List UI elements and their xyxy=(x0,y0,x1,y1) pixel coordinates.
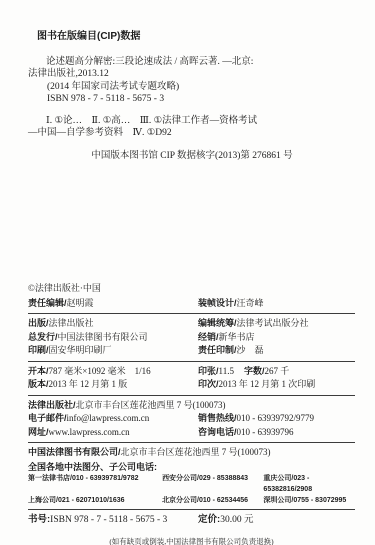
cip-registry-number: 中国版本图书馆 CIP 数据核字(2013)第 276861 号 xyxy=(35,150,349,163)
edition-value: 2013 年 12 月第 1 版 xyxy=(49,379,128,389)
word-count-value: 267 千 xyxy=(264,366,289,376)
distributor-address-label: 中国法律图书有限公司/ xyxy=(28,447,121,457)
publisher-value: 法律出版社 xyxy=(49,318,94,328)
edition-row: 版本/2013 年 12 月第 1 版 印次/2013 年 12 月第 1 次印… xyxy=(28,378,355,392)
divider xyxy=(28,442,355,443)
book-number-label: 书号: xyxy=(28,514,50,525)
cip-section: 图书在版编目(CIP)数据 论述题高分解密:三段论速成法 / 高晖云著. —北京… xyxy=(0,0,375,162)
branch-phone-row: 上海公司/021 - 62071010/1636 北京分公司/010 - 625… xyxy=(28,495,355,506)
print-sheets-wordcount: 印张/11.5字数/267 千 xyxy=(198,365,355,379)
publisher: 出版/法律出版社 xyxy=(28,317,198,331)
distribution-row: 总发行/中国法律图书有限公司 经销/新华书店 xyxy=(28,331,355,345)
printer: 印刷/固安华明印刷厂 xyxy=(28,344,198,358)
responsible-editor-value: 赵明霞 xyxy=(67,298,94,308)
branch-phone: 深圳公司/0755 - 83072995 xyxy=(263,495,355,506)
printing-row: 印刷/固安华明印刷厂 责任印制/沙 磊 xyxy=(28,344,355,358)
website: 网址/www.lawpress.com.cn xyxy=(28,426,198,440)
publisher-address-label: 法律出版社/ xyxy=(28,400,76,410)
cip-isbn: ISBN 978 - 7 - 5118 - 5675 - 3 xyxy=(35,93,349,106)
cip-classification-line-1: Ⅰ. ①论… Ⅱ. ①高… Ⅲ. ①法律工作者—资格考试 xyxy=(28,115,349,128)
branch-phone: 上海公司/021 - 62071010/1636 xyxy=(28,495,162,506)
sales-hotline-value: 010 - 63939792/9779 xyxy=(237,413,315,423)
book-format-label: 开本/ xyxy=(28,366,49,376)
isbn-price-row: 书号:ISBN 978 - 7 - 5118 - 5675 - 3 定价:30.… xyxy=(28,513,355,528)
website-value: www.lawpress.com.cn xyxy=(49,427,130,437)
cip-series-note: (2014 年国家司法考试专题攻略) xyxy=(35,81,349,94)
price-label: 定价: xyxy=(198,514,220,525)
copyright-line: ©法律出版社·中国 xyxy=(28,282,355,296)
word-count-label: 字数/ xyxy=(244,366,265,376)
edition: 版本/2013 年 12 月第 1 版 xyxy=(28,378,198,392)
book-number: 书号:ISBN 978 - 7 - 5118 - 5675 - 3 xyxy=(28,513,198,528)
printer-label: 印刷/ xyxy=(28,345,49,355)
book-number-value: ISBN 978 - 7 - 5118 - 5675 - 3 xyxy=(50,515,167,525)
website-inquiry-row: 网址/www.lawpress.com.cn 咨询电话/010 - 639397… xyxy=(28,426,355,440)
inquiry-phone: 咨询电话/010 - 63939796 xyxy=(198,426,355,440)
email: 电子邮件/info@lawpress.com.cn xyxy=(28,412,198,426)
book-format: 开本/787 毫米×1092 毫米 1/16 xyxy=(28,365,198,379)
print-run: 印次/2013 年 12 月第 1 次印刷 xyxy=(198,378,355,392)
format-row: 开本/787 毫米×1092 毫米 1/16 印张/11.5字数/267 千 xyxy=(28,365,355,379)
seller-label: 经销/ xyxy=(198,332,219,342)
price: 定价:30.00 元 xyxy=(198,513,355,528)
branch-phone: 西安分公司/029 - 85388843 xyxy=(162,473,263,495)
print-supervisor: 责任印制/沙 磊 xyxy=(198,344,355,358)
email-value: info@lawpress.com.cn xyxy=(67,413,150,423)
sales-hotline-label: 销售热线/ xyxy=(198,413,237,423)
email-hotline-row: 电子邮件/info@lawpress.com.cn 销售热线/010 - 639… xyxy=(28,412,355,426)
print-supervisor-value: 沙 磊 xyxy=(237,345,264,355)
divider xyxy=(28,361,355,362)
branch-phone: 重庆公司/023 - 65382816/2908 xyxy=(263,473,355,495)
general-distributor-value: 中国法律图书有限公司 xyxy=(58,332,148,342)
sales-hotline: 销售热线/010 - 63939792/9779 xyxy=(198,412,355,426)
divider xyxy=(28,313,355,314)
cover-design: 装帧设计/汪奇峰 xyxy=(198,297,355,311)
responsible-editor: 责任编辑/赵明霞 xyxy=(28,297,198,311)
seller: 经销/新华书店 xyxy=(198,331,355,345)
print-run-value: 2013 年 12 月第 1 次印刷 xyxy=(219,379,316,389)
book-format-value: 787 毫米×1092 毫米 1/16 xyxy=(49,366,151,376)
responsible-editor-label: 责任编辑/ xyxy=(28,298,67,308)
staff-row: 责任编辑/赵明霞 装帧设计/汪奇峰 xyxy=(28,297,355,311)
cip-classification-line-2: —中国—自学参考资料 Ⅳ. ①D92 xyxy=(28,127,349,140)
print-sheets-label: 印张/ xyxy=(198,366,219,376)
print-supervisor-label: 责任印制/ xyxy=(198,345,237,355)
cip-title-line-2: 法律出版社,2013.12 xyxy=(28,68,349,81)
divider xyxy=(28,395,355,396)
cover-design-label: 装帧设计/ xyxy=(198,298,237,308)
distributor-address-value: 北京市丰台区莲花池西里 7 号(100073) xyxy=(121,447,271,457)
publisher-row: 出版/法律出版社 编辑统筹/法律考试出版分社 xyxy=(28,317,355,331)
return-policy-note: (如有缺页或倒装,中国法律图书有限公司负责退换) xyxy=(28,535,355,545)
colophon-section: ©法律出版社·中国 责任编辑/赵明霞 装帧设计/汪奇峰 出版/法律出版社 编辑统… xyxy=(28,282,355,545)
email-label: 电子邮件/ xyxy=(28,413,67,423)
edition-label: 版本/ xyxy=(28,379,49,389)
inquiry-phone-label: 咨询电话/ xyxy=(198,427,237,437)
price-value: 30.00 元 xyxy=(220,515,253,525)
general-distributor: 总发行/中国法律图书有限公司 xyxy=(28,331,198,345)
inquiry-phone-value: 010 - 63939796 xyxy=(237,427,294,437)
website-label: 网址/ xyxy=(28,427,49,437)
distributor-address: 中国法律图书有限公司/北京市丰台区莲花池西里 7 号(100073) xyxy=(28,446,355,460)
printer-value: 固安华明印刷厂 xyxy=(49,345,112,355)
publisher-label: 出版/ xyxy=(28,318,49,328)
editorial-coordination-label: 编辑统筹/ xyxy=(198,318,237,328)
divider xyxy=(28,509,355,510)
editorial-coordination: 编辑统筹/法律考试出版分社 xyxy=(198,317,355,331)
cover-design-value: 汪奇峰 xyxy=(237,298,264,308)
print-sheets-value: 11.5 xyxy=(219,366,234,376)
seller-value: 新华书店 xyxy=(219,332,255,342)
book-copyright-page: 图书在版编目(CIP)数据 论述题高分解密:三段论速成法 / 高晖云著. —北京… xyxy=(0,0,375,545)
branch-phones-header: 全国各地中法图分、子公司电话: xyxy=(28,461,355,473)
cip-header: 图书在版编目(CIP)数据 xyxy=(37,31,349,44)
publisher-address: 法律出版社/北京市丰台区莲花池西里 7 号(100073) xyxy=(28,399,355,413)
branch-phone: 北京分公司/010 - 62534456 xyxy=(162,495,263,506)
branch-phone: 第一法律书店/010 - 63939781/9782 xyxy=(28,473,162,495)
general-distributor-label: 总发行/ xyxy=(28,332,58,342)
publisher-address-value: 北京市丰台区莲花池西里 7 号(100073) xyxy=(76,400,226,410)
editorial-coordination-value: 法律考试出版分社 xyxy=(237,318,309,328)
print-run-label: 印次/ xyxy=(198,379,219,389)
cip-title-line-1: 论述题高分解密:三段论速成法 / 高晖云著. —北京: xyxy=(28,56,349,69)
branch-phone-row: 第一法律书店/010 - 63939781/9782 西安分公司/029 - 8… xyxy=(28,473,355,495)
